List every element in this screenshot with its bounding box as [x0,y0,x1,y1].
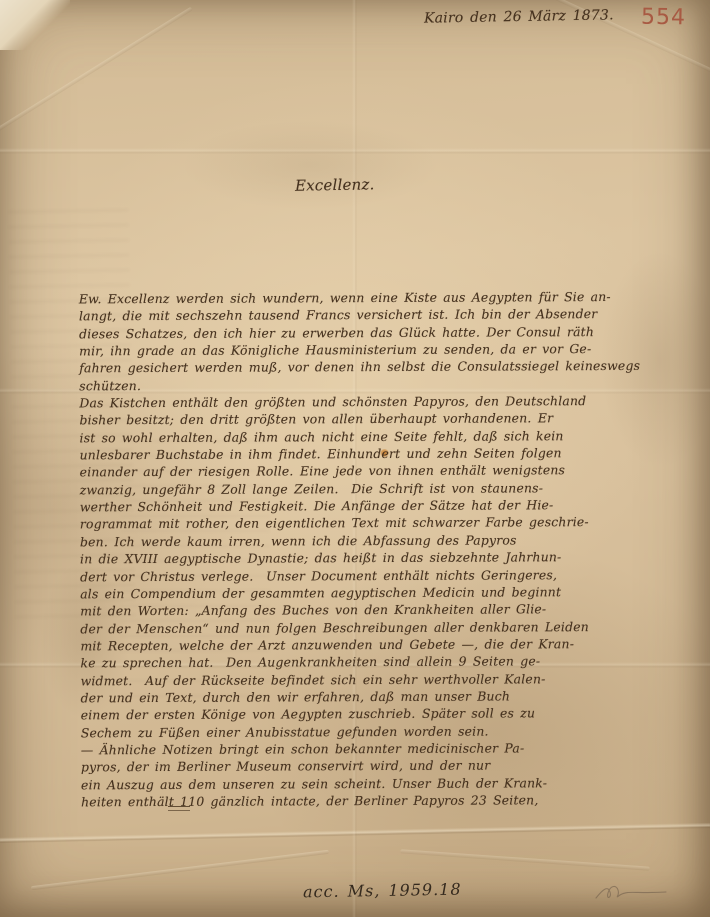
accession-note: acc. Ms, 1959.18 [303,880,462,902]
fold-crease [0,148,710,154]
emphasis-underline-110 [168,806,190,811]
letter-scan: Kairo den 26 März 1873. 554 Excellenz. E… [0,0,710,917]
paper-corner-fold [0,0,70,50]
salutation: Excellenz. [295,175,375,194]
letter-line: langt, die mit sechszehn tausend Francs … [79,305,685,325]
catalog-number: 554 [641,5,686,31]
date-line: Kairo den 26 März 1873. [424,7,614,26]
letter-body: Ew. Excellenz werden sich wundern, wenn … [79,288,687,811]
fold-crease [400,849,650,870]
pencil-signature-mark [592,878,670,904]
letter-line: fahren gesichert werden muß, vor denen i… [79,357,685,377]
fold-crease [0,823,710,844]
paper-stain [180,120,440,210]
fold-crease [31,850,329,891]
